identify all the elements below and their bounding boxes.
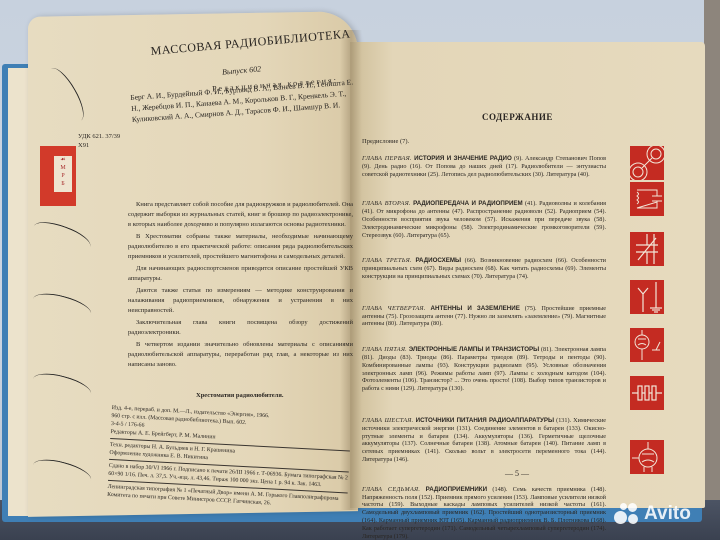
contents-title: СОДЕРЖАНИЕ	[482, 112, 553, 122]
udk-line: УДК 621. 37/39	[78, 132, 120, 141]
chapter-title: ЭЛЕКТРОННЫЕ ЛАМПЫ И ТРАНЗИСТОРЫ	[409, 346, 539, 353]
toc-chapter-entry: ГЛАВА ТРЕТЬЯ. РАДИОСХЕМЫ (66). Возникнов…	[362, 257, 606, 280]
toc-chapter-entry: ГЛАВА ЧЕТВЕРТАЯ. АНТЕННЫ И ЗАЗЕМЛЕНИЕ (7…	[362, 305, 606, 328]
udk-code: УДК 621. 37/39 Х91	[78, 132, 120, 150]
annotation-paragraph: Книга представляет собой пособие для рад…	[128, 200, 353, 230]
toc-chapter-entry: ГЛАВА СЕДЬМАЯ. РАДИОПРИЕМНИКИ (148). Сем…	[362, 486, 606, 540]
annotation-paragraph: Даются также статьи по измерениям — мето…	[128, 286, 353, 316]
chapter-number: ГЛАВА ШЕСТАЯ.	[362, 417, 414, 424]
toc-chapter-entry: ГЛАВА ПЕРВАЯ. ИСТОРИЯ И ЗНАЧЕНИЕ РАДИО (…	[362, 155, 606, 178]
toc-chapter-entry: ГЛАВА ВТОРАЯ. РАДИОПЕРЕДАЧА И РАДИОПРИЕМ…	[362, 200, 606, 239]
toc-chapter-list: ГЛАВА ПЕРВАЯ. ИСТОРИЯ И ЗНАЧЕНИЕ РАДИО (…	[362, 155, 606, 540]
chapter-number: ГЛАВА ПЕРВАЯ.	[362, 155, 412, 162]
avito-watermark: Avito	[614, 502, 714, 526]
annotation-paragraph: В Хрестоматии собраны также материалы, н…	[128, 232, 353, 262]
book-annotation: Книга представляет собой пособие для рад…	[128, 200, 353, 372]
lc-circuit-icon	[630, 182, 664, 216]
udk-line: Х91	[78, 141, 120, 150]
chapter-title: ИСТОЧНИКИ ПИТАНИЯ РАДИОАППАРАТУРЫ	[416, 417, 554, 424]
chapter-title: РАДИОПРИЕМНИКИ	[426, 486, 487, 493]
avito-watermark-text: Avito	[644, 503, 691, 525]
variable-capacitor-icon	[630, 232, 664, 266]
chapter-sections: (81). Электронная лампа (81). Диоды (83)…	[362, 346, 606, 392]
antenna-ground-icon	[630, 280, 664, 314]
chapter-title: ИСТОРИЯ И ЗНАЧЕНИЕ РАДИО	[414, 155, 512, 162]
vacuum-tube-transistor-icon	[630, 328, 664, 362]
page-number: — 5 —	[505, 469, 529, 478]
table-of-contents: Предисловие (7). ГЛАВА ПЕРВАЯ. ИСТОРИЯ И…	[362, 138, 606, 540]
toc-chapter-entry: ГЛАВА ПЯТАЯ. ЭЛЕКТРОННЫЕ ЛАМПЫ И ТРАНЗИС…	[362, 346, 606, 393]
imprint-title: Хрестоматия радиолюбителя.	[196, 392, 283, 399]
avito-logo-icon	[614, 503, 640, 525]
battery-icon	[630, 376, 664, 410]
chapter-sections: (131). Химические источники электрическо…	[362, 417, 606, 463]
emblem-tree-icon: ☙МРБ	[54, 156, 72, 192]
annotation-paragraph: Для начинающих радиоспортсменов приводит…	[128, 264, 353, 284]
table-edge	[704, 0, 720, 540]
publisher-emblem: ☙МРБ	[40, 146, 76, 206]
radio-waves-icon	[630, 146, 664, 180]
annotation-paragraph: Заключительная глава книги посвящена обз…	[128, 318, 353, 338]
chapter-sections: (148). Семь качеств приемника (148). Нап…	[362, 486, 606, 540]
chapter-number: ГЛАВА ВТОРАЯ.	[362, 200, 411, 207]
annotation-paragraph: В четвертом издании значительно обновлен…	[128, 340, 353, 370]
chapter-number: ГЛАВА СЕДЬМАЯ.	[362, 486, 420, 493]
imprint-block: Изд. 4-е, перераб. и доп. М.—Л., издател…	[107, 404, 352, 511]
chapter-title: РАДИОПЕРЕДАЧА И РАДИОПРИЕМ	[413, 200, 523, 207]
toc-chapter-entry: ГЛАВА ШЕСТАЯ. ИСТОЧНИКИ ПИТАНИЯ РАДИОАПП…	[362, 417, 606, 464]
chapter-number: ГЛАВА ПЯТАЯ.	[362, 346, 407, 353]
chapter-title: АНТЕННЫ И ЗАЗЕМЛЕНИЕ	[431, 305, 520, 312]
chapter-number: ГЛАВА ТРЕТЬЯ.	[362, 257, 412, 264]
chapter-number: ГЛАВА ЧЕТВЕРТАЯ.	[362, 305, 426, 312]
chapter-title: РАДИОСХЕМЫ	[415, 257, 461, 264]
tube-icon	[630, 440, 664, 474]
toc-preface: Предисловие (7).	[362, 138, 606, 145]
